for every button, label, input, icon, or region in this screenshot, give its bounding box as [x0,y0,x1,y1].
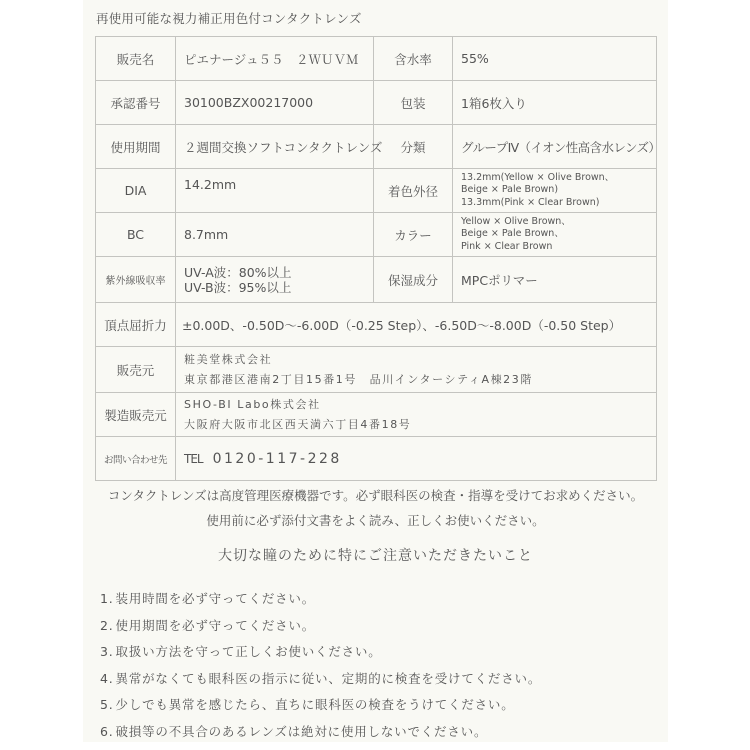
caution-item: 2.使用期間を必ず守ってください。 [100,616,541,643]
sales-name-label: 販売名 [96,37,176,81]
spec-row: 使用期間 ２週間交換ソフトコンタクトレンズ 分類 グループⅣ（イオン性高含水レン… [96,125,657,169]
color-line: Pink × Clear Brown [461,241,648,254]
color-line: Yellow × Olive Brown、 [461,216,648,229]
read-instructions-notice: 使用前に必ず添付文書をよく読み、正しくお使いください。 [83,511,668,529]
usage-period-value: ２週間交換ソフトコンタクトレンズ [176,125,374,169]
manufacturer-company: SHO-BI Labo株式会社 [184,395,648,415]
product-info-sheet: 再使用可能な視力補正用色付コンタクトレンズ 販売名 ピエナージュ５５ ２ＷＵＶＭ… [83,0,668,742]
spec-row: 製造販売元 SHO-BI Labo株式会社 大阪府大阪市北区西天満六丁目4番18… [96,393,657,437]
distributor-label: 販売元 [96,347,176,393]
caution-number: 6. [100,724,114,739]
classification-value: グループⅣ（イオン性高含水レンズ） [453,125,657,169]
usage-period-label: 使用期間 [96,125,176,169]
caution-text: 少しでも異常を感じたら、直ちに眼科医の検査をうけてください。 [116,697,515,712]
color-line: Beige × Pale Brown、 [461,228,648,241]
tel-number[interactable]: 0120-117-228 [213,451,342,467]
spec-row: 紫外線吸収率 UV-A波：80%以上 UV-B波：95%以上 保湿成分 MPCポ… [96,257,657,303]
spec-table: 販売名 ピエナージュ５５ ２ＷＵＶＭ 含水率 55% 承認番号 30100BZX… [95,36,657,481]
caution-number: 1. [100,591,114,606]
caution-item: 4.異常がなくても眼科医の指示に従い、定期的に検査を受けてください。 [100,669,541,696]
caution-text: 使用期間を必ず守ってください。 [116,618,316,633]
caution-list: 1.装用時間を必ず守ってください。 2.使用期間を必ず守ってください。 3.取扱… [100,589,541,748]
caution-item: 5.少しでも異常を感じたら、直ちに眼科医の検査をうけてください。 [100,695,541,722]
spec-row: 販売名 ピエナージュ５５ ２ＷＵＶＭ 含水率 55% [96,37,657,81]
tel-label: TEL [184,452,203,466]
caution-text: 取扱い方法を守って正しくお使いください。 [116,644,382,659]
water-content-label: 含水率 [374,37,453,81]
uv-absorption-label: 紫外線吸収率 [96,257,176,303]
power-value: ±0.00D、-0.50D〜-6.00D（-0.25 Step）、-6.50D〜… [176,303,657,347]
caution-number: 5. [100,697,114,712]
uv-a-line: UV-A波：80%以上 [184,265,365,280]
caution-item: 1.装用時間を必ず守ってください。 [100,589,541,616]
dia-label: DIA [96,169,176,213]
caution-heading: 大切な瞳のために特にご注意いただきたいこと [83,545,668,565]
spec-row: DIA 14.2mm 着色外径 13.2mm(Yellow × Olive Br… [96,169,657,213]
power-label: 頂点屈折力 [96,303,176,347]
bc-label: BC [96,213,176,257]
colored-diameter-line: Beige × Pale Brown) [461,184,648,197]
caution-number: 3. [100,644,114,659]
uv-absorption-value: UV-A波：80%以上 UV-B波：95%以上 [176,257,374,303]
spec-row: BC 8.7mm カラー Yellow × Olive Brown、 Beige… [96,213,657,257]
distributor-address: 東京都港区港南2丁目15番1号 品川インターシティA棟23階 [184,370,648,390]
spec-row: 頂点屈折力 ±0.00D、-0.50D〜-6.00D（-0.25 Step）、-… [96,303,657,347]
packaging-label: 包装 [374,81,453,125]
color-label: カラー [374,213,453,257]
uv-b-line: UV-B波：95%以上 [184,280,365,295]
manufacturer-value: SHO-BI Labo株式会社 大阪府大阪市北区西天満六丁目4番18号 [176,393,657,437]
spec-row: 販売元 粧美堂株式会社 東京都港区港南2丁目15番1号 品川インターシティA棟2… [96,347,657,393]
colored-diameter-line: 13.3mm(Pink × Clear Brown) [461,197,648,210]
moisturizer-value: MPCポリマー [453,257,657,303]
bc-value: 8.7mm [176,213,374,257]
dia-value: 14.2mm [176,169,374,213]
distributor-value: 粧美堂株式会社 東京都港区港南2丁目15番1号 品川インターシティA棟23階 [176,347,657,393]
caution-number: 4. [100,671,114,686]
approval-number-label: 承認番号 [96,81,176,125]
caution-text: 装用時間を必ず守ってください。 [116,591,316,606]
caution-text: 破損等の不具合のあるレンズは絶対に使用しないでください。 [116,724,488,739]
contact-label: お問い合わせ先 [96,437,176,481]
spec-row: お問い合わせ先 TEL0120-117-228 [96,437,657,481]
approval-number-value: 30100BZX00217000 [176,81,374,125]
spec-row: 承認番号 30100BZX00217000 包装 1箱6枚入り [96,81,657,125]
contact-value: TEL0120-117-228 [176,437,657,481]
manufacturer-address: 大阪府大阪市北区西天満六丁目4番18号 [184,415,648,435]
moisturizer-label: 保湿成分 [374,257,453,303]
sales-name-value: ピエナージュ５５ ２ＷＵＶＭ [176,37,374,81]
color-value: Yellow × Olive Brown、 Beige × Pale Brown… [453,213,657,257]
caution-number: 2. [100,618,114,633]
colored-diameter-value: 13.2mm(Yellow × Olive Brown、 Beige × Pal… [453,169,657,213]
water-content-value: 55% [453,37,657,81]
caution-text: 異常がなくても眼科医の指示に従い、定期的に検査を受けてください。 [116,671,542,686]
colored-diameter-label: 着色外径 [374,169,453,213]
medical-device-notice: コンタクトレンズは高度管理医療機器です。必ず眼科医の検査・指導を受けてお求めくだ… [83,486,668,504]
colored-diameter-line: 13.2mm(Yellow × Olive Brown、 [461,172,648,185]
distributor-company: 粧美堂株式会社 [184,350,648,370]
caution-item: 6.破損等の不具合のあるレンズは絶対に使用しないでください。 [100,722,541,749]
classification-label: 分類 [374,125,453,169]
document-title: 再使用可能な視力補正用色付コンタクトレンズ [96,9,362,27]
caution-item: 3.取扱い方法を守って正しくお使いください。 [100,642,541,669]
manufacturer-label: 製造販売元 [96,393,176,437]
packaging-value: 1箱6枚入り [453,81,657,125]
